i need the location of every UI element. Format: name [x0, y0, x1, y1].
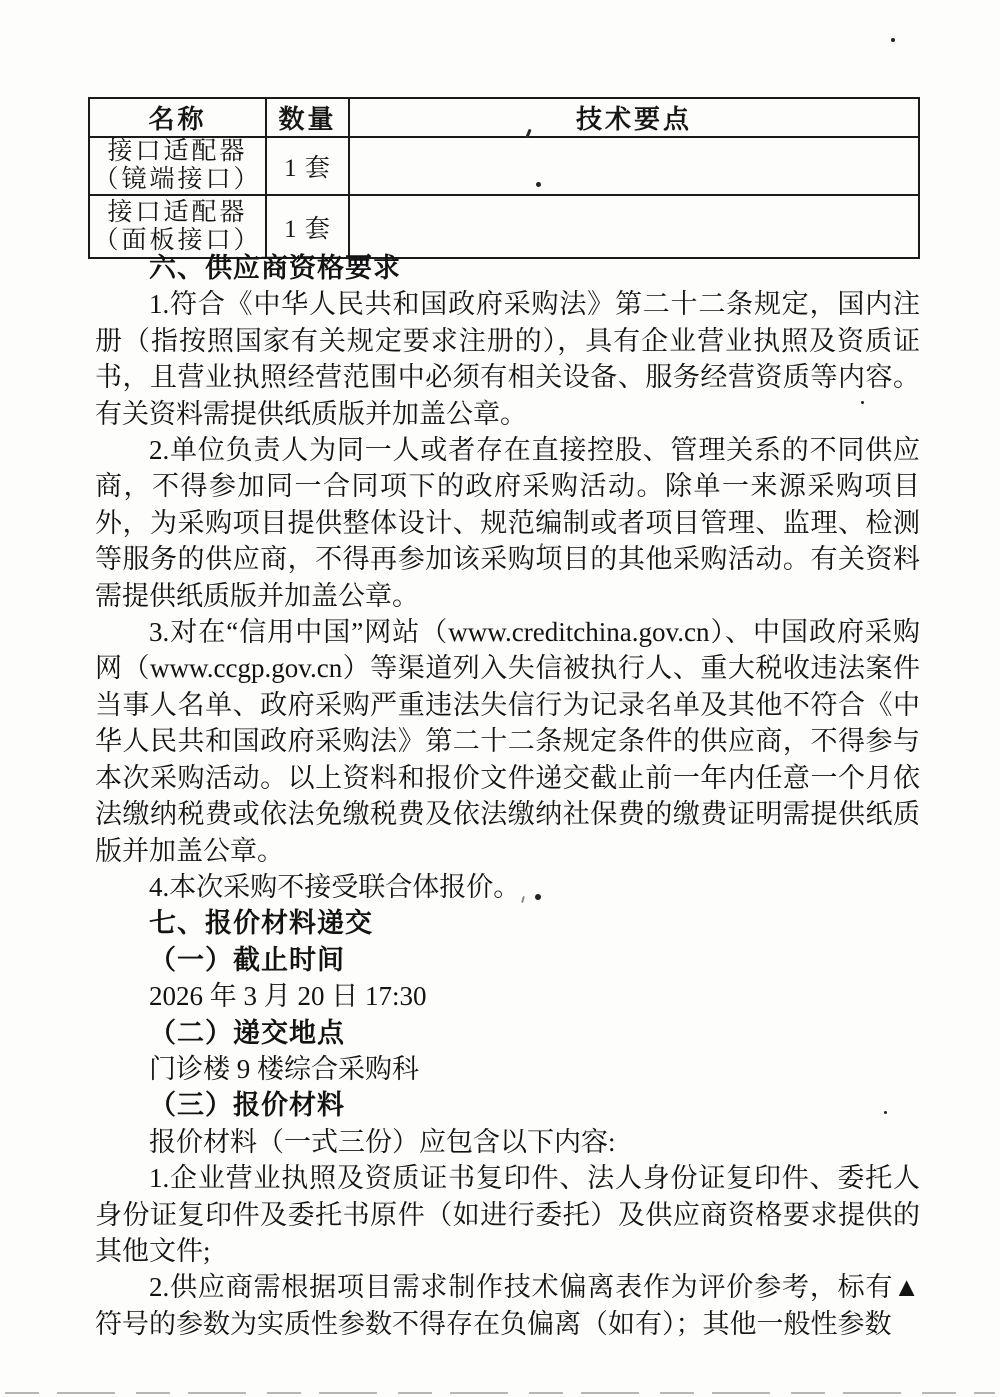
items-table: 名称 数量 技术要点 接口适配器 （镜端接口） 1 套 接口适配器 （面板接口）… — [88, 97, 920, 259]
section-heading: （一）截止时间 — [95, 942, 920, 978]
table-cell-tech-points — [349, 137, 919, 195]
body-paragraph: 1.符合《中华人民共和国政府采购法》第二十二条规定，国内注册（指按照国家有关规定… — [95, 286, 920, 432]
document-body: 六、供应商资格要求1.符合《中华人民共和国政府采购法》第二十二条规定，国内注册（… — [95, 250, 920, 1342]
body-paragraph: 2.供应商需根据项目需求制作技术偏离表作为评价参考，标有▲符号的参数为实质性参数… — [95, 1269, 920, 1342]
body-paragraph: 2.单位负责人为同一人或者存在直接控股、管理关系的不同供应商，不得参加同一合同项… — [95, 432, 920, 614]
body-paragraph: 门诊楼 9 楼综合采购科 — [95, 1051, 920, 1087]
item-name-line1: 接口适配器 — [90, 138, 265, 166]
table-header-quantity: 数量 — [266, 98, 349, 137]
scan-artifact — [536, 182, 541, 187]
body-paragraph: 3.对在“信用中国”网站（www.creditchina.gov.cn）、中国政… — [95, 614, 920, 869]
item-name-line2: （镜端接口） — [90, 166, 265, 194]
section-heading: （二）递交地点 — [95, 1015, 920, 1051]
table-header-name: 名称 — [89, 98, 266, 137]
scan-artifact — [884, 1111, 887, 1114]
scan-artifact — [535, 894, 541, 900]
document-page: 名称 数量 技术要点 接口适配器 （镜端接口） 1 套 接口适配器 （面板接口）… — [0, 0, 1000, 1397]
body-paragraph: 报价材料（一式三份）应包含以下内容: — [95, 1124, 920, 1160]
scan-artifact — [5, 1392, 995, 1394]
table-cell-name: 接口适配器 （镜端接口） — [89, 137, 266, 195]
section-heading: 七、报价材料递交 — [95, 905, 920, 941]
table-cell-name: 接口适配器 （面板接口） — [89, 195, 266, 258]
table-header-tech-points: 技术要点 — [349, 98, 919, 137]
body-paragraph: 4.本次采购不接受联合体报价。 — [95, 869, 920, 905]
scan-artifact — [891, 38, 895, 42]
table-row: 接口适配器 （面板接口） 1 套 — [89, 195, 919, 258]
table-cell-quantity: 1 套 — [266, 195, 349, 258]
body-paragraph: 1.企业营业执照及资质证书复印件、法人身份证复印件、委托人身份证复印件及委托书原… — [95, 1160, 920, 1269]
section-heading: （三）报价材料 — [95, 1087, 920, 1123]
table-cell-tech-points — [349, 195, 919, 258]
table-row: 接口适配器 （镜端接口） 1 套 — [89, 137, 919, 195]
scan-artifact — [861, 401, 864, 404]
table-cell-quantity: 1 套 — [266, 137, 349, 195]
section-heading: 六、供应商资格要求 — [95, 250, 920, 286]
table-header-row: 名称 数量 技术要点 — [89, 98, 919, 137]
body-paragraph: 2026 年 3 月 20 日 17:30 — [95, 978, 920, 1014]
item-name-line1: 接口适配器 — [90, 199, 265, 227]
